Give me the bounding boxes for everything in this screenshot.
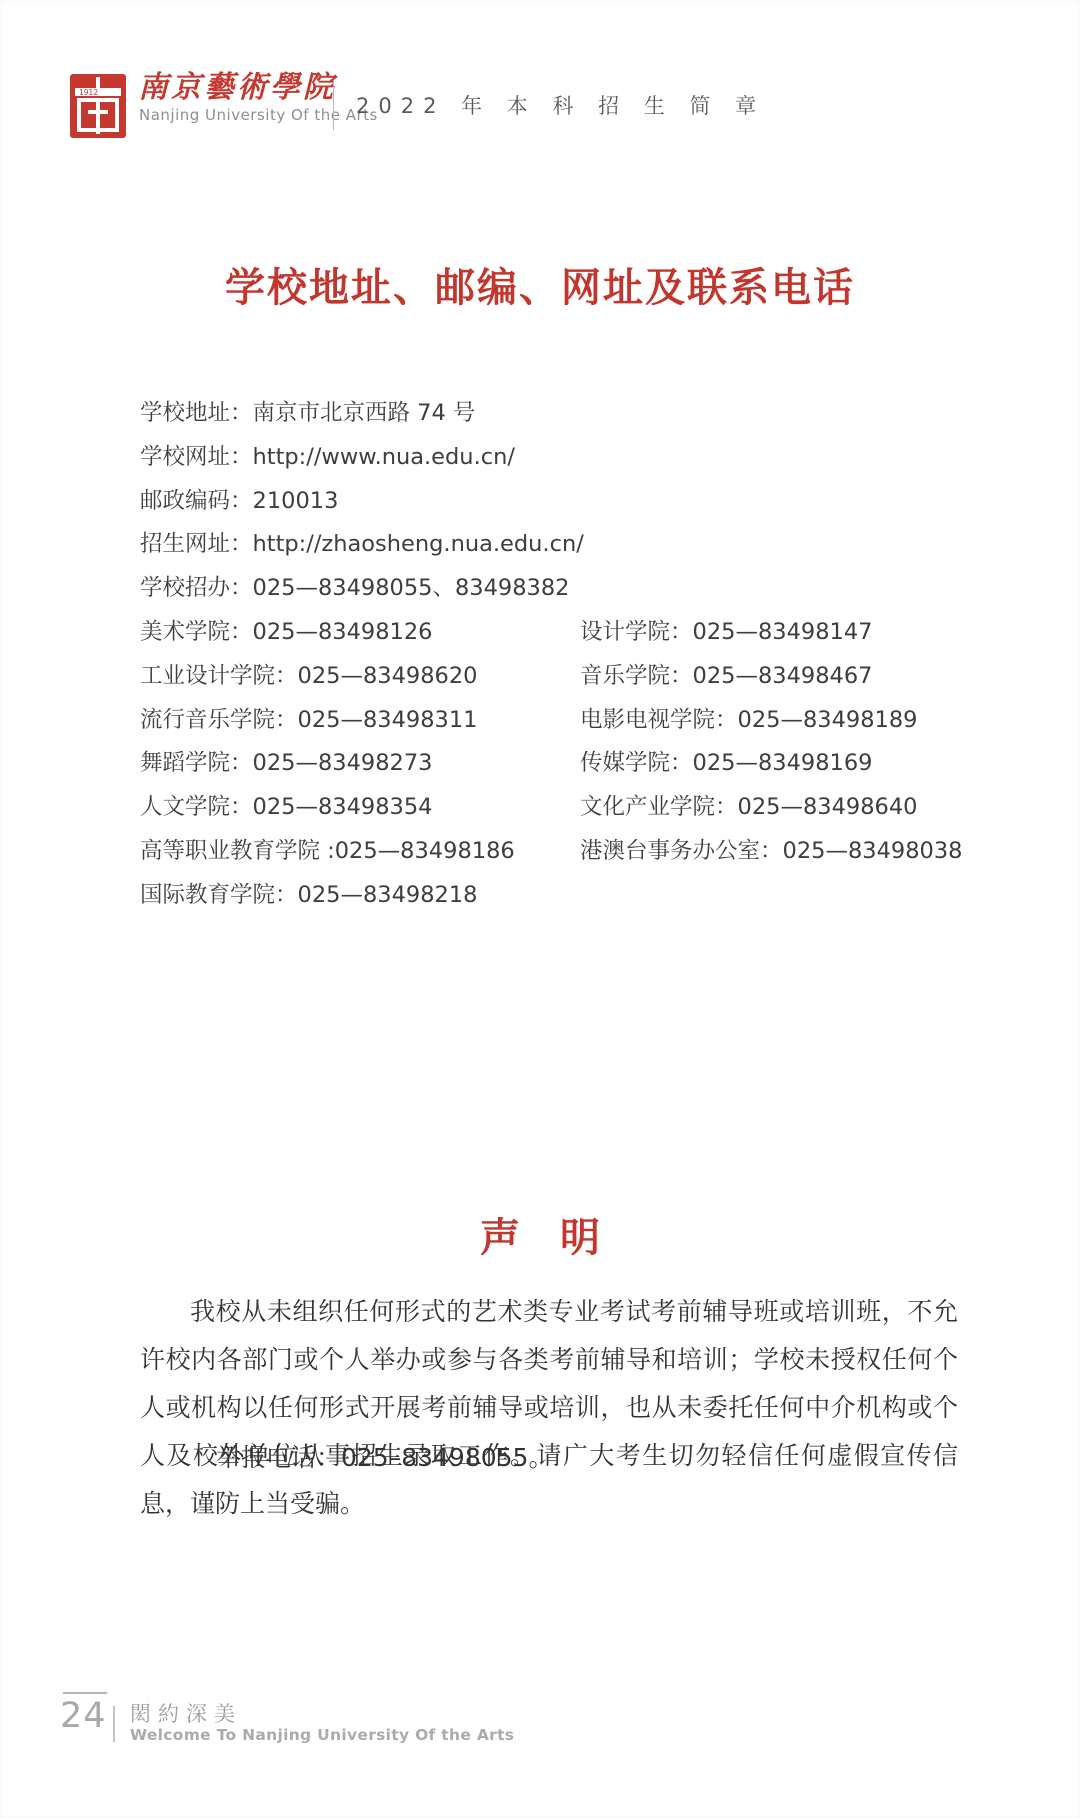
footer-motto: 閎約深美 xyxy=(130,1698,242,1728)
contact-hmt-affairs-office: 港澳台事务办公室：025—83498038 xyxy=(580,830,970,874)
statement-body: 我校从未组织任何形式的艺术类专业考试考前辅导班或培训班，不允许校内各部门或个人举… xyxy=(140,1288,958,1528)
contact-row-international: 国际教育学院：025—83498218 xyxy=(140,874,970,918)
contact-row-industrial-music: 工业设计学院：025—83498620 音乐学院：025—83498467 xyxy=(140,655,970,699)
admissions-banner: 2022 年 本 科 招 生 简 章 xyxy=(356,90,765,120)
contact-music-school: 音乐学院：025—83498467 xyxy=(580,655,970,699)
contact-dance-school: 舞蹈学院：025—83498273 xyxy=(140,742,580,786)
document-page: 1912 南京藝術學院 Nanjing University Of the Ar… xyxy=(0,0,1080,1818)
university-name-en: Nanjing University Of the Arts xyxy=(139,106,378,124)
contact-row-finearts-design: 美术学院：025—83498126 设计学院：025—83498147 xyxy=(140,611,970,655)
contact-industrial-design-school: 工业设计学院：025—83498620 xyxy=(140,655,580,699)
contact-row-popmusic-film: 流行音乐学院：025—83498311 电影电视学院：025—83498189 xyxy=(140,699,970,743)
page-title: 学校地址、邮编、网址及联系电话 xyxy=(0,256,1080,313)
contact-row-address: 学校地址：南京市北京西路 74 号 xyxy=(140,392,970,436)
contact-media-school: 传媒学院：025—83498169 xyxy=(580,742,970,786)
university-name-cn: 南京藝術學院 xyxy=(138,62,336,106)
footer-welcome-text: Welcome To Nanjing University Of the Art… xyxy=(130,1726,514,1744)
university-seal-icon: 1912 xyxy=(70,74,126,138)
contact-row-website: 学校网址：http://www.nua.edu.cn/ xyxy=(140,436,970,480)
page-header: 1912 南京藝術學院 Nanjing University Of the Ar… xyxy=(0,0,1080,160)
contact-school-website: 学校网址：http://www.nua.edu.cn/ xyxy=(140,436,580,480)
contact-design-school: 设计学院：025—83498147 xyxy=(580,611,970,655)
contact-vocational-education-school: 高等职业教育学院 :025—83498186 xyxy=(140,830,580,874)
contact-film-tv-school: 电影电视学院：025—83498189 xyxy=(580,699,970,743)
contact-admissions-website: 招生网址：http://zhaosheng.nua.edu.cn/ xyxy=(140,523,580,567)
contact-row-vocational-hmt: 高等职业教育学院 :025—83498186 港澳台事务办公室：025—8349… xyxy=(140,830,970,874)
contact-row-admissions-office: 学校招办：025—83498055、83498382 xyxy=(140,567,970,611)
svg-text:1912: 1912 xyxy=(79,88,98,97)
header-divider xyxy=(333,80,334,130)
contact-postcode: 邮政编码：210013 xyxy=(140,480,580,524)
page-number: 24 xyxy=(60,1696,107,1736)
statement-title: 声 明 xyxy=(0,1206,1080,1263)
contact-row-humanities-culture: 人文学院：025—83498354 文化产业学院：025—83498640 xyxy=(140,786,970,830)
footer-topline xyxy=(63,1692,107,1694)
footer-divider xyxy=(113,1706,115,1742)
page-footer: 24 閎約深美 Welcome To Nanjing University Of… xyxy=(0,1686,1080,1766)
contact-row-admissions-site: 招生网址：http://zhaosheng.nua.edu.cn/ xyxy=(140,523,970,567)
contact-humanities-school: 人文学院：025—83498354 xyxy=(140,786,580,830)
contact-list: 学校地址：南京市北京西路 74 号 学校网址：http://www.nua.ed… xyxy=(140,392,970,918)
contact-admissions-office: 学校招办：025—83498055、83498382 xyxy=(140,567,580,611)
contact-fine-arts-school: 美术学院：025—83498126 xyxy=(140,611,580,655)
contact-pop-music-school: 流行音乐学院：025—83498311 xyxy=(140,699,580,743)
statement-hotline: 举报电话：025–83498055。 xyxy=(140,1434,958,1482)
contact-row-postcode: 邮政编码：210013 xyxy=(140,480,970,524)
contact-row-dance-media: 舞蹈学院：025—83498273 传媒学院：025—83498169 xyxy=(140,742,970,786)
contact-international-education-school: 国际教育学院：025—83498218 xyxy=(140,874,580,918)
contact-school-address: 学校地址：南京市北京西路 74 号 xyxy=(140,392,580,436)
contact-cultural-industry-school: 文化产业学院：025—83498640 xyxy=(580,786,970,830)
